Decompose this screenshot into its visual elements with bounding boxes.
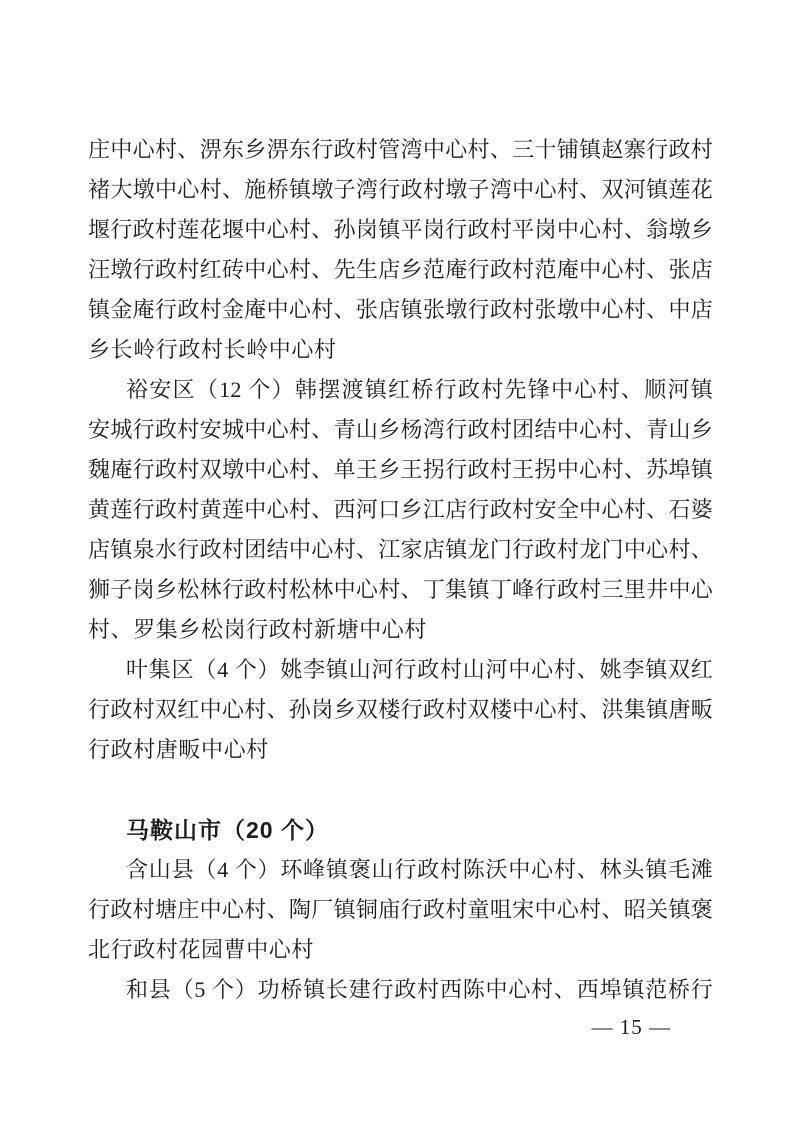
doc-line: 和县（5 个）功桥镇长建行政村西陈中心村、西埠镇范桥行 [88,970,713,1010]
document-page: 庄中心村、淠东乡淠东行政村管湾中心村、三十铺镇赵寨行政村褚大墩中心村、施桥镇墩子… [0,0,793,1122]
section-heading: 马鞍山市（20 个） [88,810,713,850]
doc-line: 汪墩行政村红砖中心村、先生店乡范庵行政村范庵中心村、张店 [88,250,713,290]
text-block: 庄中心村、淠东乡淠东行政村管湾中心村、三十铺镇赵寨行政村褚大墩中心村、施桥镇墩子… [88,130,713,1010]
doc-line: 庄中心村、淠东乡淠东行政村管湾中心村、三十铺镇赵寨行政村 [88,130,713,170]
doc-line: 行政村塘庄中心村、陶厂镇铜庙行政村童咀宋中心村、昭关镇褒 [88,890,713,930]
doc-line: 魏庵行政村双墩中心村、单王乡王拐行政村王拐中心村、苏埠镇 [88,450,713,490]
blank-line [88,770,713,810]
doc-line: 安城行政村安城中心村、青山乡杨湾行政村团结中心村、青山乡 [88,410,713,450]
doc-line: 行政村双红中心村、孙岗乡双楼行政村双楼中心村、洪集镇唐畈 [88,690,713,730]
doc-line: 北行政村花园曹中心村 [88,930,713,970]
doc-line: 裕安区（12 个）韩摆渡镇红桥行政村先锋中心村、顺河镇 [88,370,713,410]
doc-line: 狮子岗乡松林行政村松林中心村、丁集镇丁峰行政村三里井中心 [88,570,713,610]
doc-line: 含山县（4 个）环峰镇褒山行政村陈沃中心村、林头镇毛滩 [88,850,713,890]
doc-line: 叶集区（4 个）姚李镇山河行政村山河中心村、姚李镇双红 [88,650,713,690]
doc-line: 黄莲行政村黄莲中心村、西河口乡江店行政村安全中心村、石婆 [88,490,713,530]
doc-line: 褚大墩中心村、施桥镇墩子湾行政村墩子湾中心村、双河镇莲花 [88,170,713,210]
doc-line: 镇金庵行政村金庵中心村、张店镇张墩行政村张墩中心村、中店 [88,290,713,330]
doc-line: 行政村唐畈中心村 [88,730,713,770]
doc-line: 乡长岭行政村长岭中心村 [88,330,713,370]
page-number: — 15 — [592,1012,672,1042]
doc-line: 店镇泉水行政村团结中心村、江家店镇龙门行政村龙门中心村、 [88,530,713,570]
doc-line: 村、罗集乡松岗行政村新塘中心村 [88,610,713,650]
doc-line: 堰行政村莲花堰中心村、孙岗镇平岗行政村平岗中心村、翁墩乡 [88,210,713,250]
